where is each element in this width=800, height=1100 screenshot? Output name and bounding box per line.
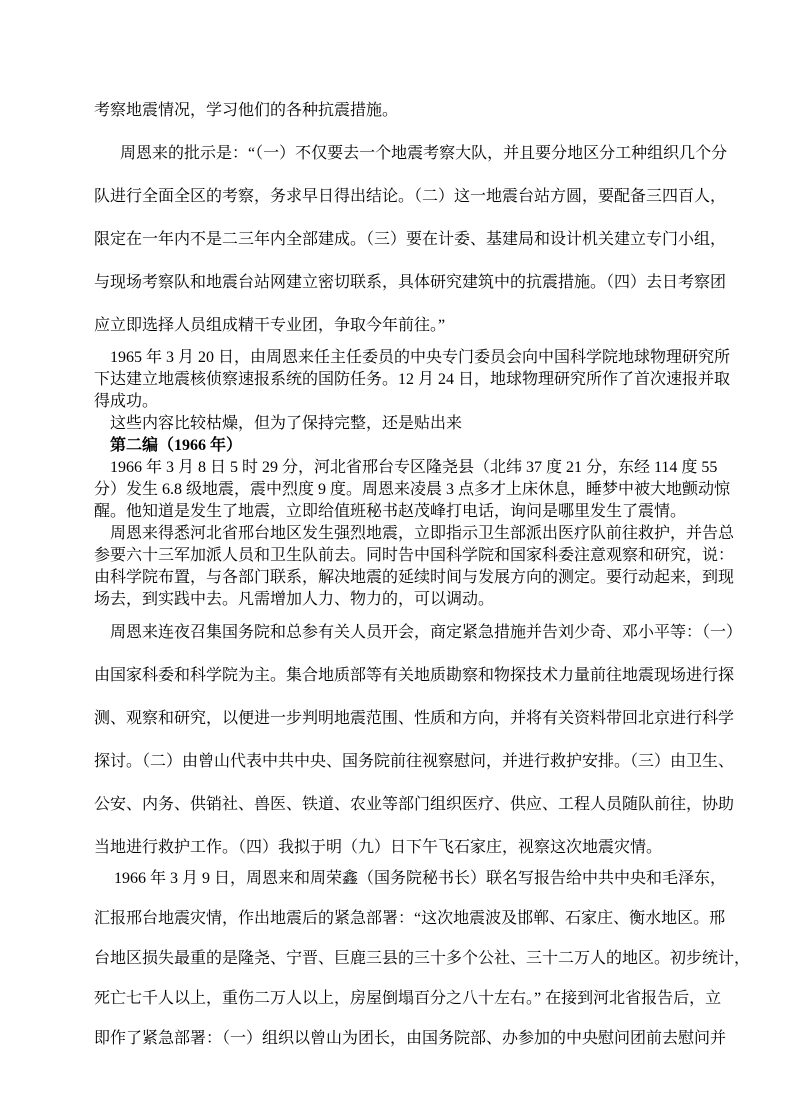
paragraph-1965-special-committee: 1965 年 3 月 20 日，由周恩来任主任委员的中央专门委员会向中国科学院地… — [94, 347, 708, 413]
text-line: 这些内容比较枯燥，但为了保持完整，还是贴出来 — [94, 413, 708, 435]
text-line: 台地区损失最重的是隆尧、宁晋、巨鹿三县的三十多个公社、三十二万人的地区。初步统计… — [94, 939, 708, 979]
text-line: 1966 年 3 月 9 日，周恩来和周荣鑫（国务院秘书长）联名写报告给中共中央… — [94, 859, 708, 899]
paragraph-zhou-immediate-directives: 周恩来得悉河北省邢台地区发生强烈地震，立即指示卫生部派出医疗队前往救护，并告总参… — [94, 523, 708, 611]
text-line: 1966 年 3 月 8 日 5 时 29 分，河北省邢台专区隆尧县（北纬 37… — [94, 457, 708, 479]
document-page: 考察地震情况，学习他们的各种抗震措施。周恩来的批示是：“（一）不仅要去一个地震考… — [0, 0, 800, 1100]
text-line: 周恩来连夜召集国务院和总参有关人员开会，商定紧急措施并告刘少奇、邓小平等：（一） — [94, 611, 708, 654]
text-line: 探讨。（二）由曾山代表中共中央、国务院前往视察慰问，并进行救护安排。（三）由卫生… — [94, 740, 708, 783]
text-line: 与现场考察队和地震台站网建立密切联系，具体研究建筑中的抗震措施。（四）去日考察团 — [94, 261, 708, 304]
text-line: 下达建立地震核侦察速报系统的国防任务。12 月 24 日，地球物理研究所作了首次… — [94, 369, 708, 391]
paragraph-editor-note: 这些内容比较枯燥，但为了保持完整，还是贴出来 — [94, 413, 708, 435]
text-line: 得成功。 — [94, 391, 708, 413]
text-line: 死亡七千人以上，重伤二万人以上，房屋倒塌百分之八十左右。” 在接到河北省报告后，… — [94, 979, 708, 1019]
paragraph-overnight-meeting-measures: 周恩来连夜召集国务院和总参有关人员开会，商定紧急措施并告刘少奇、邓小平等：（一）… — [94, 611, 708, 869]
text-line: 即作了紧急部署：（一）组织以曾山为团长，由国务院部、办参加的中央慰问团前去慰问并 — [94, 1019, 708, 1059]
document-body: 考察地震情况，学习他们的各种抗震措施。周恩来的批示是：“（一）不仅要去一个地震考… — [94, 100, 708, 1059]
text-line: 限定在一年内不是二三年内全部建成。（三）要在计委、基建局和设计机关建立专门小组， — [94, 218, 708, 261]
text-line: 场去，到实践中去。凡需增加人力、物力的，可以调动。 — [94, 589, 708, 611]
text-line: 参要六十三军加派人员和卫生队前去。同时告中国科学院和国家科委注意观察和研究，说： — [94, 545, 708, 567]
text-line: 应立即选择人员组成精干专业团，争取今年前往。” — [94, 304, 708, 347]
paragraph-zhou-instructions-quote: 周恩来的批示是：“（一）不仅要去一个地震考察大队，并且要分地区分工种组织几个分队… — [94, 132, 708, 347]
text-line: 1965 年 3 月 20 日，由周恩来任主任委员的中央专门委员会向中国科学院地… — [94, 347, 708, 369]
text-line: 考察地震情况，学习他们的各种抗震措施。 — [94, 100, 708, 122]
text-line: 由科学院布置，与各部门联系，解决地震的延续时间与发展方向的测定。要行动起来，到现 — [94, 567, 708, 589]
paragraph-report-to-central-committee: 1966 年 3 月 9 日，周恩来和周荣鑫（国务院秘书长）联名写报告给中共中央… — [94, 859, 708, 1059]
text-line: 周恩来的批示是：“（一）不仅要去一个地震考察大队，并且要分地区分工种组织几个分 — [94, 132, 708, 175]
text-line: 队进行全面全区的考察，务求早日得出结论。（二）这一地震台站方圆，要配备三四百人， — [94, 175, 708, 218]
paragraph-section-heading-1966: 第二编（1966 年） — [94, 435, 708, 457]
text-line: 第二编（1966 年） — [94, 435, 708, 457]
paragraph-xingtai-earthquake-occurs: 1966 年 3 月 8 日 5 时 29 分，河北省邢台专区隆尧县（北纬 37… — [94, 457, 708, 523]
paragraph-continuation-survey: 考察地震情况，学习他们的各种抗震措施。 — [94, 100, 708, 122]
text-line: 汇报邢台地震灾情，作出地震后的紧急部署：“这次地震波及邯郸、石家庄、衡水地区。邢 — [94, 899, 708, 939]
text-line: 分）发生 6.8 级地震，震中烈度 9 度。周恩来凌晨 3 点多才上床休息，睡梦… — [94, 479, 708, 501]
text-line: 周恩来得悉河北省邢台地区发生强烈地震，立即指示卫生部派出医疗队前往救护，并告总 — [94, 523, 708, 545]
text-line: 由国家科委和科学院为主。集合地质部等有关地质勘察和物探技术力量前往地震现场进行探 — [94, 654, 708, 697]
text-line: 公安、内务、供销社、兽医、铁道、农业等部门组织医疗、供应、工程人员随队前往，协助 — [94, 783, 708, 826]
text-line: 测、观察和研究，以便进一步判明地震范围、性质和方向，并将有关资料带回北京进行科学 — [94, 697, 708, 740]
text-line: 醒。他知道是发生了地震，立即给值班秘书赵茂峰打电话，询问是哪里发生了震情。 — [94, 501, 708, 523]
